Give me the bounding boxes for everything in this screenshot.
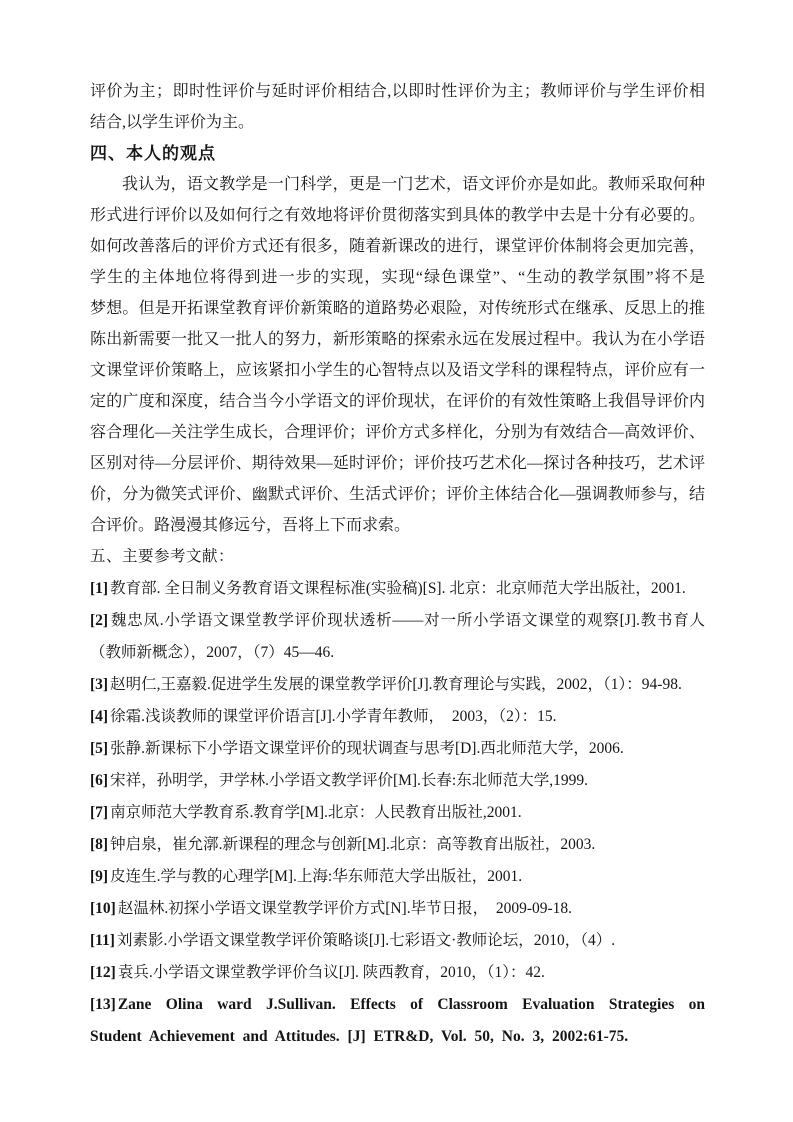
reference-item: [7]南京师范大学教育系.教育学[M].北京：人民教育出版社,2001.	[90, 797, 705, 829]
reference-item: [8]钟启泉，崔允漷.新课程的理念与创新[M].北京：高等教育出版社，2003.	[90, 829, 705, 861]
reference-label: [9]	[90, 868, 108, 885]
reference-text: 张静.新课标下小学语文课堂评价的现状调查与思考[D].西北师范大学，2006.	[110, 740, 624, 757]
text-line: 如何改善落后的评价方式还有很多，随着新课改的进行，课堂评价体制将会更加完善，	[90, 231, 705, 262]
text-line: 评价为主；即时性评价与延时评价相结合,以即时性评价为主；教师评价与学生评价相	[90, 76, 705, 107]
reference-text: 魏忠凤.小学语文课堂教学评价现状透析——对一所小学语文课堂的观察[J].教书育人…	[90, 612, 705, 661]
opinion-paragraph: 我认为，语文教学是一门科学，更是一门艺术，语文评价亦是如此。教师采取何种 形式进…	[90, 169, 705, 541]
text-line: 结合,以学生评价为主。	[90, 107, 705, 138]
reference-text: 刘素影.小学语文课堂教学评价策略谈[J].七彩语文·教师论坛，2010，（4）.	[117, 932, 615, 949]
reference-item: [10]赵温林.初探小学语文课堂教学评价方式[N].毕节日报， 2009-09-…	[90, 893, 705, 925]
reference-text: 皮连生.学与教的心理学[M].上海:华东师范大学出版社，2001.	[110, 868, 522, 885]
text-line: 梦想。但是开拓课堂教育评价新策略的道路势必艰险，对传统形式在继承、反思上的推	[90, 293, 705, 324]
reference-item: [12]袁兵.小学语文课堂教学评价刍议[J]. 陕西教育，2010，（1）：42…	[90, 957, 705, 989]
reference-list: [1]教育部. 全日制义务教育语文课程标准(实验稿)[S]. 北京：北京师范大学…	[90, 573, 705, 1053]
reference-label: [12]	[90, 964, 116, 981]
reference-item: [5]张静.新课标下小学语文课堂评价的现状调查与思考[D].西北师范大学，200…	[90, 733, 705, 765]
reference-text: 赵温林.初探小学语文课堂教学评价方式[N].毕节日报， 2009-09-18.	[118, 900, 572, 917]
reference-label: [5]	[90, 740, 108, 757]
reference-label: [4]	[90, 708, 108, 725]
reference-text: 教育部. 全日制义务教育语文课程标准(实验稿)[S]. 北京：北京师范大学出版社…	[110, 580, 686, 597]
reference-label: [1]	[90, 580, 108, 597]
text-line: 区别对待—分层评价、期待效果—延时评价；评价技巧艺术化—探讨各种技巧，艺术评	[90, 448, 705, 479]
text-line: 我认为，语文教学是一门科学，更是一门艺术，语文评价亦是如此。教师采取何种	[90, 169, 705, 200]
reference-label: [13]	[90, 996, 116, 1013]
reference-label: [7]	[90, 804, 108, 821]
reference-text: 赵明仁,王嘉毅.促进学生发展的课堂教学评价[J].教育理论与实践，2002，（1…	[110, 676, 682, 693]
text-line: 价，分为微笑式评价、幽默式评价、生活式评价；评价主体结合化—强调教师参与，结	[90, 479, 705, 510]
reference-text: 宋祥，孙明学，尹学林.小学语文教学评价[M].长春:东北师范大学,1999.	[110, 772, 588, 789]
reference-item: [4]徐霜.浅谈教师的课堂评价语言[J].小学青年教师， 2003，（2）：15…	[90, 701, 705, 733]
reference-text: 徐霜.浅谈教师的课堂评价语言[J].小学青年教师， 2003，（2）：15.	[110, 708, 556, 725]
reference-label: [11]	[90, 932, 115, 949]
text-line: 容合理化—关注学生成长，合理评价；评价方式多样化，分别为有效结合—高效评价、	[90, 417, 705, 448]
reference-item: [11]刘素影.小学语文课堂教学评价策略谈[J].七彩语文·教师论坛，2010，…	[90, 925, 705, 957]
section-heading-opinion: 四、本人的观点	[90, 138, 705, 169]
text-line: 文课堂评价策略上，应该紧扣小学生的心智特点以及语文学科的课程特点，评价应有一	[90, 355, 705, 386]
reference-item: [6]宋祥，孙明学，尹学林.小学语文教学评价[M].长春:东北师范大学,1999…	[90, 765, 705, 797]
reference-item: [9]皮连生.学与教的心理学[M].上海:华东师范大学出版社，2001.	[90, 861, 705, 893]
reference-label: [3]	[90, 676, 108, 693]
reference-text: 钟启泉，崔允漷.新课程的理念与创新[M].北京：高等教育出版社，2003.	[110, 836, 595, 853]
text-line: 陈出新需要一批又一批人的努力，新形策略的探索永远在发展过程中。我认为在小学语	[90, 324, 705, 355]
references-heading: 五、主要参考文献：	[90, 541, 705, 573]
reference-label: [10]	[90, 900, 116, 917]
text-line: 学生的主体地位将得到进一步的实现，实现“绿色课堂”、“生动的教学氛围”将不是	[90, 262, 705, 293]
reference-label: [6]	[90, 772, 108, 789]
reference-label: [8]	[90, 836, 108, 853]
reference-item: [3]赵明仁,王嘉毅.促进学生发展的课堂教学评价[J].教育理论与实践，2002…	[90, 669, 705, 701]
reference-text: 南京师范大学教育系.教育学[M].北京：人民教育出版社,2001.	[110, 804, 522, 821]
text-line: 合评价。路漫漫其修远兮，吾将上下而求索。	[90, 510, 705, 541]
intro-paragraph: 评价为主；即时性评价与延时评价相结合,以即时性评价为主；教师评价与学生评价相 结…	[90, 76, 705, 138]
document-page: 评价为主；即时性评价与延时评价相结合,以即时性评价为主；教师评价与学生评价相 结…	[0, 0, 793, 1122]
reference-item: [2]魏忠凤.小学语文课堂教学评价现状透析——对一所小学语文课堂的观察[J].教…	[90, 605, 705, 669]
text-line: 定的广度和深度，结合当今小学语文的评价现状，在评价的有效性策略上我倡导评价内	[90, 386, 705, 417]
text-line: 形式进行评价以及如何行之有效地将评价贯彻落实到具体的教学中去是十分有必要的。	[90, 200, 705, 231]
reference-text: 袁兵.小学语文课堂教学评价刍议[J]. 陕西教育，2010，（1）：42.	[118, 964, 545, 981]
reference-text: Zane Olina ward J.Sullivan. Effects of C…	[90, 996, 705, 1045]
reference-label: [2]	[90, 612, 108, 629]
reference-item: [13]Zane Olina ward J.Sullivan. Effects …	[90, 989, 705, 1053]
reference-item: [1]教育部. 全日制义务教育语文课程标准(实验稿)[S]. 北京：北京师范大学…	[90, 573, 705, 605]
references-section: 五、主要参考文献： [1]教育部. 全日制义务教育语文课程标准(实验稿)[S].…	[90, 541, 705, 1053]
